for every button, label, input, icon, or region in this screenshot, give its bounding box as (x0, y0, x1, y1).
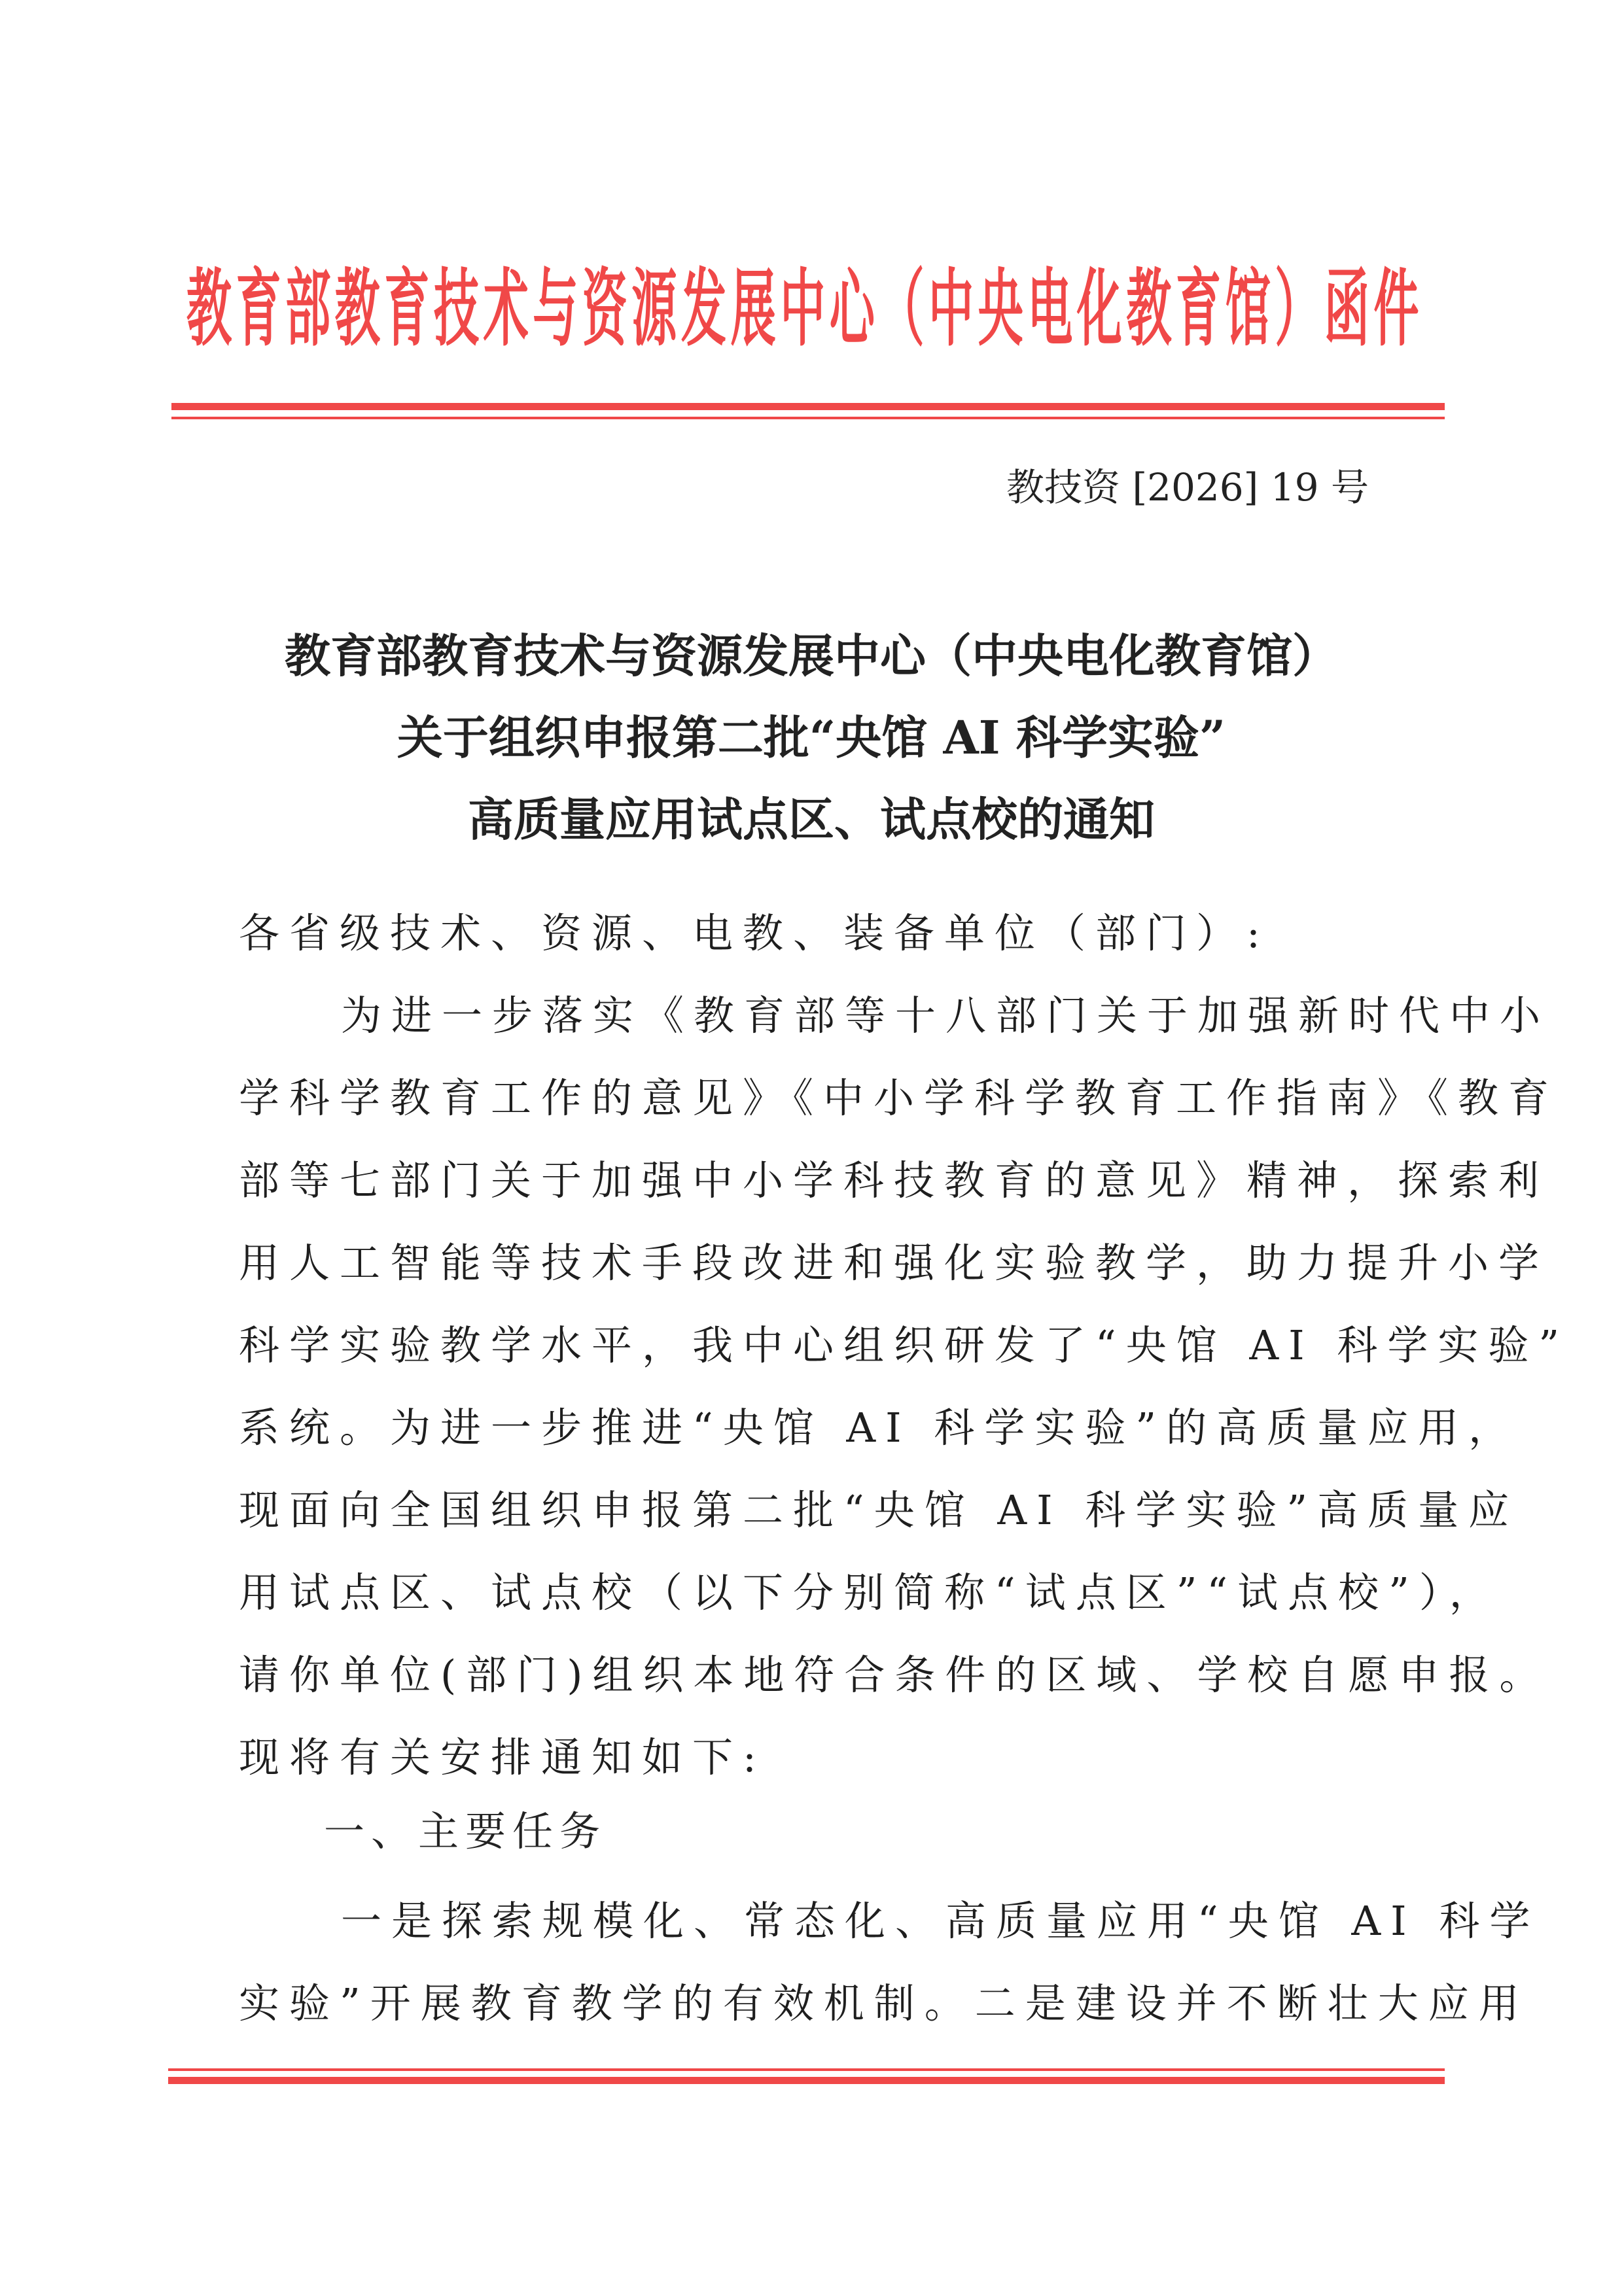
paragraph-intro: 为进一步落实《教育部等十八部门关于加强新时代中小 学科学教育工作的意见》《中小学… (239, 975, 1361, 1799)
paragraph-line: 科学实验教学水平，我中心组织研发了“央馆 AI 科学实验” (137, 1304, 1361, 1387)
document-page: 教育部教育技术与资源发展中心（中央电化教育馆）函件 教技资 [2026] 19 … (0, 0, 1624, 2296)
document-title: 教育部教育技术与资源发展中心（中央电化教育馆） 关于组织申报第二批“央馆 AI … (222, 615, 1400, 860)
paragraph-tasks: 一是探索规模化、常态化、高质量应用“央馆 AI 科学 实验”开展教育教学的有效机… (239, 1880, 1361, 2045)
paragraph-line: 为进一步落实《教育部等十八部门关于加强新时代中小 (239, 975, 1361, 1057)
footer-rule-thick (168, 2077, 1445, 2084)
title-line: 教育部教育技术与资源发展中心（中央电化教育馆） (222, 615, 1400, 697)
paragraph-line: 用试点区、试点校（以下分别简称“试点区”“试点校”）， (137, 1552, 1361, 1634)
paragraph-line: 一是探索规模化、常态化、高质量应用“央馆 AI 科学 (239, 1880, 1361, 1962)
paragraph-line: 用人工智能等技术手段改进和强化实验教学，助力提升小学 (137, 1222, 1361, 1304)
paragraph-line: 系统。为进一步推进“央馆 AI 科学实验”的高质量应用， (137, 1387, 1361, 1469)
title-line: 关于组织申报第二批“央馆 AI 科学实验” (222, 697, 1400, 778)
section-heading: 一、主要任务 (324, 1792, 607, 1871)
paragraph-line: 部等七部门关于加强中小学科技教育的意见》精神，探索利 (137, 1139, 1361, 1222)
title-line: 高质量应用试点区、试点校的通知 (222, 778, 1400, 860)
letterhead-rule-thick (171, 403, 1445, 410)
paragraph-line: 现将有关安排通知如下: (137, 1716, 1361, 1799)
paragraph-line: 请你单位(部门)组织本地符合条件的区域、学校自愿申报。 (137, 1634, 1361, 1716)
paragraph-line: 现面向全国组织申报第二批“央馆 AI 科学实验”高质量应 (137, 1469, 1361, 1552)
salutation: 各省级技术、资源、电教、装备单位（部门）: (239, 892, 1361, 975)
letterhead-title: 教育部教育技术与资源发展中心（中央电化教育馆）函件 (186, 256, 867, 361)
document-number: 教技资 [2026] 19 号 (1006, 461, 1369, 513)
paragraph-line: 学科学教育工作的意见》《中小学科学教育工作指南》《教育 (137, 1057, 1361, 1139)
paragraph-line: 实验”开展教育教学的有效机制。二是建设并不断壮大应用 (137, 1962, 1361, 2045)
footer-rule-thin (168, 2068, 1445, 2071)
letterhead-rule-thin (171, 417, 1445, 419)
